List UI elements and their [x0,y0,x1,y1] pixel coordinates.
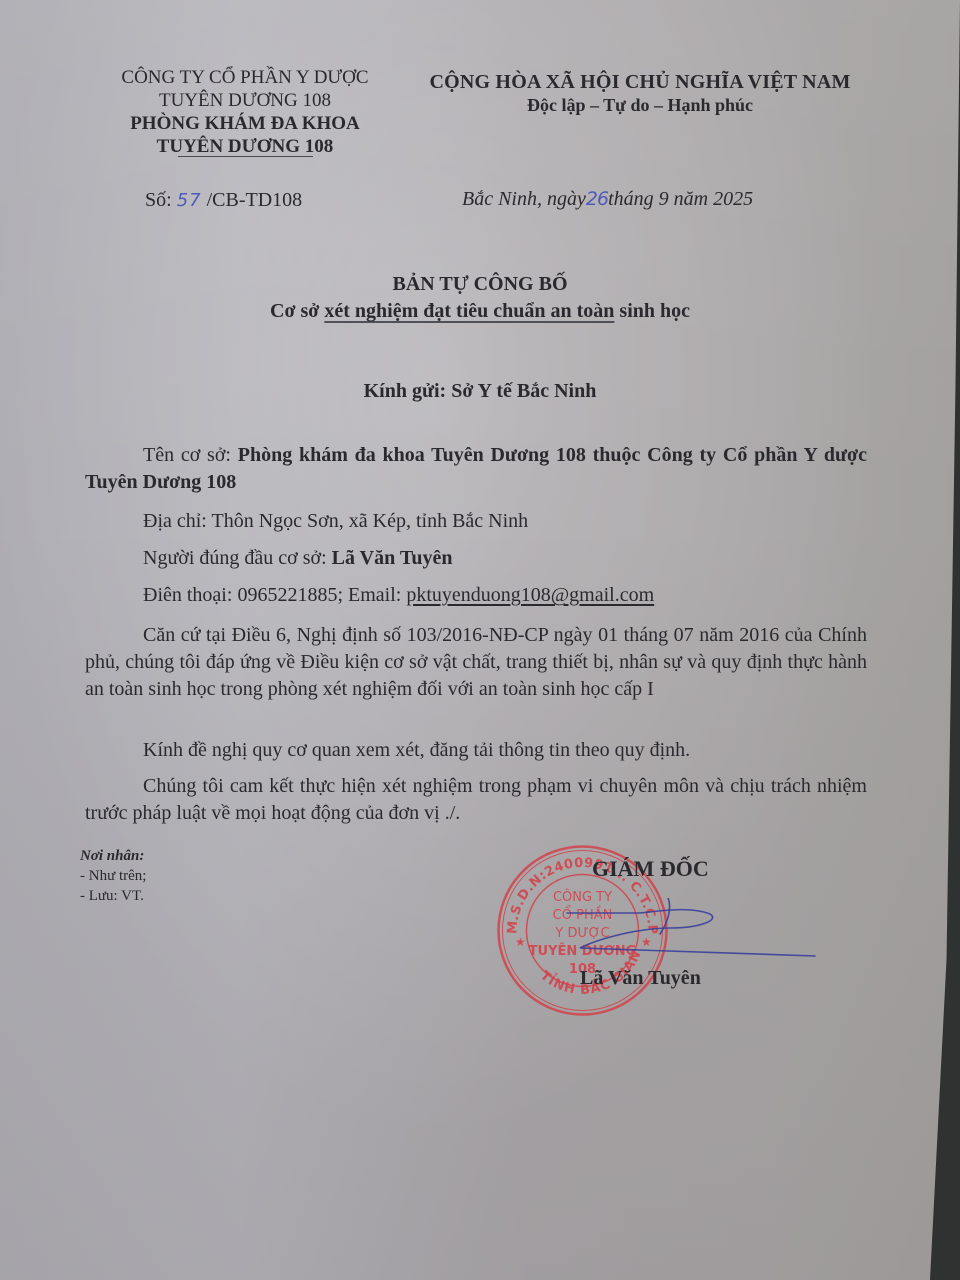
recipients-title: Nơi nhân: [80,846,146,866]
document-subtitle: Cơ sở xét nghiệm đạt tiêu chuẩn an toàn … [0,300,960,323]
email-label: Email: [348,584,401,606]
subtitle-part: sinh học [614,300,690,322]
document-number-prefix: Số: [145,189,172,211]
facility-address: Địa chỉ: Thôn Ngọc Sơn, xã Kép, tỉnh Bắc… [85,508,867,535]
recipients-block: Nơi nhân: - Như trên; - Lưu: VT. [80,846,146,906]
head-label: Người đúng đầu cơ sở: [143,547,327,569]
facility-name: Tên cơ sở: Phòng khám đa khoa Tuyên Dươn… [85,442,867,496]
facility-head: Người đúng đầu cơ sở: Lã Văn Tuyên [85,545,867,572]
document-number-suffix: /CB-TD108 [207,189,303,211]
header-divider [178,156,313,157]
national-header: CỘNG HÒA XÃ HỘI CHỦ NGHĨA VIỆT NAM Độc l… [410,70,870,116]
issuer-block: CÔNG TY CỔ PHẦN Y DƯỢC TUYÊN DƯƠNG 108 P… [95,66,395,159]
signatory-name: Lã Văn Tuyên [580,967,701,990]
date-place: Bắc Ninh, ngày [462,188,586,210]
signatory-title: GIÁM ĐỐC [592,856,709,882]
document-number: Số: 57 /CB-TD108 [145,189,302,212]
national-motto: Độc lập – Tự do – Hạnh phúc [410,94,870,116]
svg-text:★: ★ [515,935,526,949]
subtitle-underlined: xét nghiệm đạt tiêu chuẩn an toàn [324,300,614,322]
phone-label: Điên thoại: [143,584,232,606]
unit-name-line2: TUYÊN DƯƠNG 108 [95,135,395,158]
date-line: Bắc Ninh, ngày26tháng 9 năm 2025 [462,188,753,211]
date-rest: tháng 9 năm 2025 [608,188,753,210]
handwritten-signature-icon [560,898,820,968]
head-value: Lã Văn Tuyên [332,547,453,569]
facility-contact: Điên thoại: 0965221885; Email: pktuyendu… [85,582,867,609]
recipient-item: - Như trên; [80,866,146,886]
subtitle-part: Cơ sở [270,300,324,322]
recipient-item: - Lưu: VT. [80,886,146,906]
email-link[interactable]: pktuyenduong108@gmail.com [406,584,654,606]
date-day-handwritten: 26 [586,188,608,210]
phone-value: 0965221885; [237,584,343,606]
nation-title: CỘNG HÒA XÃ HỘI CHỦ NGHĨA VIỆT NAM [410,70,870,94]
document-title: BẢN TỰ CÔNG BỐ [0,273,960,296]
document-number-handwritten: 57 [177,190,202,211]
unit-name-line1: PHÒNG KHÁM ĐA KHOA [95,112,395,135]
facility-name-label: Tên cơ sở: [143,444,231,466]
company-name-line2: TUYÊN DƯƠNG 108 [95,89,395,112]
recipient-line: Kính gửi: Sở Y tế Bắc Ninh [0,380,960,403]
paragraph-basis: Căn cứ tại Điều 6, Nghị định số 103/2016… [85,622,867,703]
paragraph-commitment: Chúng tôi cam kết thực hiện xét nghiệm t… [85,773,867,827]
company-name-line1: CÔNG TY CỔ PHẦN Y DƯỢC [95,66,395,89]
address-label: Địa chỉ: [143,510,207,532]
address-value: Thôn Ngọc Sơn, xã Kép, tỉnh Bắc Ninh [212,510,529,532]
paragraph-request: Kính đề nghị quy cơ quan xem xét, đăng t… [85,737,867,764]
